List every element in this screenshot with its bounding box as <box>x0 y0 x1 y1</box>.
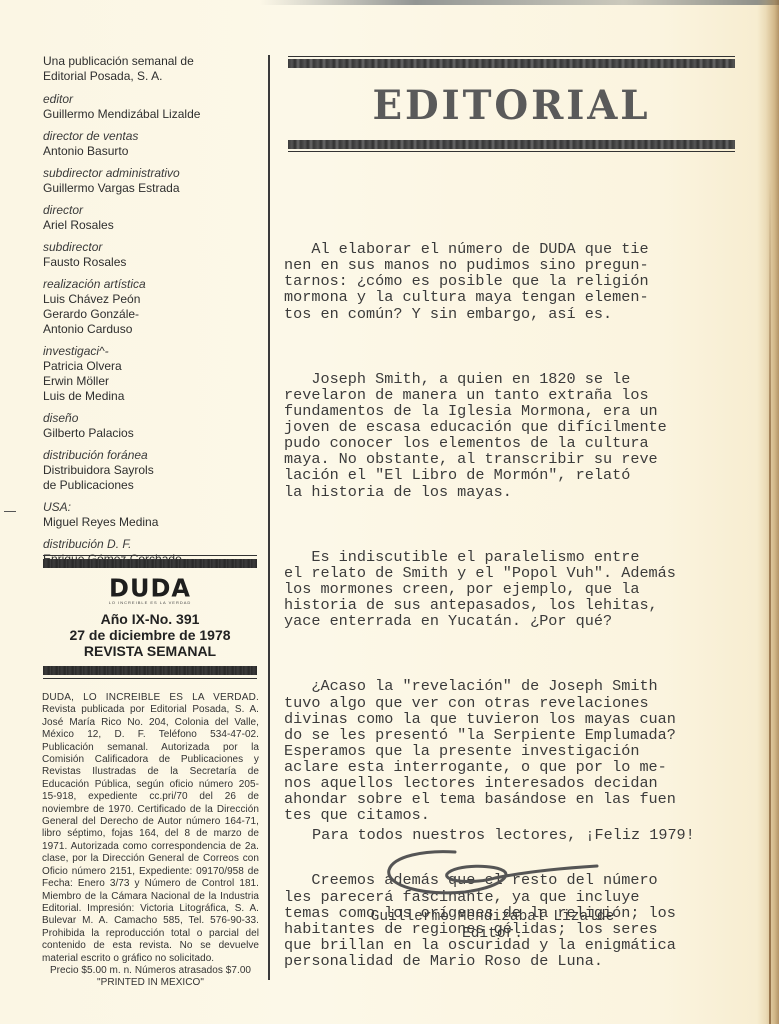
credit-role: editor <box>43 92 265 107</box>
signer-name: Guillermo Mendizábal Lizalde <box>355 909 630 926</box>
credit-role: director de ventas <box>43 129 265 144</box>
bar <box>43 666 257 675</box>
bar <box>288 140 735 149</box>
credit-entry: director de ventasAntonio Basurto <box>43 129 265 159</box>
signer: Guillermo Mendizábal Lizalde Editor. <box>355 909 630 943</box>
paragraph: Es indiscutible el paralelismo entre el … <box>284 549 724 629</box>
credit-role: distribución D. F. <box>43 537 265 552</box>
page-top-shadow <box>260 0 779 5</box>
credit-name: de Publicaciones <box>43 478 265 493</box>
issue-box: DUDA LO INCREIBLE ES LA VERDAD Año IX-No… <box>43 555 257 679</box>
legal-body: Revista publicada por Editorial Posada, … <box>42 704 259 963</box>
legal-heading: DUDA, LO INCREIBLE ES LA VERDAD. <box>42 692 259 703</box>
paragraph: Joseph Smith, a quien en 1820 se le reve… <box>284 371 724 500</box>
credit-role: distribución foránea <box>43 448 265 463</box>
credit-entry: investigaci^-Patricia OlveraErwin Möller… <box>43 344 265 404</box>
rule <box>288 151 735 152</box>
credit-name: Antonio Basurto <box>43 144 265 159</box>
credit-name: Miguel Reyes Medina <box>43 515 265 530</box>
masthead-intro: Una publicación semanal de Editorial Pos… <box>43 54 265 84</box>
intro-line: Una publicación semanal de <box>43 54 265 69</box>
editorial-header: EDITORIAL <box>288 56 735 152</box>
signer-title: Editor. <box>355 926 630 943</box>
credit-name: Gerardo Gonzále- <box>43 307 265 322</box>
bar <box>43 559 257 568</box>
credit-role: subdirector <box>43 240 265 255</box>
rule <box>288 56 735 57</box>
paragraph: Al elaborar el número de DUDA que tie ne… <box>284 241 724 321</box>
credit-name: Ariel Rosales <box>43 218 265 233</box>
credit-entry: subdirectorFausto Rosales <box>43 240 265 270</box>
credits-list: editorGuillermo Mendizábal Lizaldedirect… <box>43 92 265 567</box>
legal-notice: DUDA, LO INCREIBLE ES LA VERDAD. Revista… <box>42 692 259 990</box>
duda-logo: DUDA <box>43 573 257 602</box>
credit-name: Gilberto Palacios <box>43 426 265 441</box>
credit-entry: subdirector administrativoGuillermo Varg… <box>43 166 265 196</box>
masthead: Una publicación semanal de Editorial Pos… <box>43 54 265 574</box>
credit-role: realización artística <box>43 277 265 292</box>
credit-role: subdirector administrativo <box>43 166 265 181</box>
rule <box>43 678 257 679</box>
credit-role: investigaci^- <box>43 344 265 359</box>
credit-entry: directorAriel Rosales <box>43 203 265 233</box>
rule <box>43 555 257 556</box>
column-divider <box>268 55 270 980</box>
intro-line: Editorial Posada, S. A. <box>43 69 265 84</box>
credit-role: director <box>43 203 265 218</box>
credit-name: Guillermo Mendizábal Lizalde <box>43 107 265 122</box>
credit-entry: realización artísticaLuis Chávez PeónGer… <box>43 277 265 337</box>
credit-name: Distribuidora Sayrols <box>43 463 265 478</box>
credit-entry: editorGuillermo Mendizábal Lizalde <box>43 92 265 122</box>
bar <box>288 59 735 68</box>
credit-entry: USA:Miguel Reyes Medina <box>43 500 265 530</box>
margin-tick <box>4 511 16 512</box>
credit-role: USA: <box>43 500 265 515</box>
credit-name: Luis Chávez Peón <box>43 292 265 307</box>
paragraph: ¿Acaso la "revelación" de Joseph Smith t… <box>284 678 724 823</box>
signature-icon <box>385 848 600 898</box>
issue-date: 27 de diciembre de 1978 <box>43 627 257 643</box>
issue-number: Año IX-No. 391 <box>43 611 257 627</box>
credit-name: Erwin Möller <box>43 374 265 389</box>
closing-line: Para todos nuestros lectores, ¡Feliz 197… <box>312 826 695 844</box>
legal-printed: "PRINTED IN MEXICO" <box>42 977 259 989</box>
page-fold-line <box>769 180 771 1024</box>
credit-name: Luis de Medina <box>43 389 265 404</box>
credit-role: diseño <box>43 411 265 426</box>
legal-price: Precio $5.00 m. n. Números atrasados $7.… <box>42 965 259 977</box>
credit-entry: diseñoGilberto Palacios <box>43 411 265 441</box>
credit-name: Guillermo Vargas Estrada <box>43 181 265 196</box>
issue-type: REVISTA SEMANAL <box>43 643 257 659</box>
credit-name: Fausto Rosales <box>43 255 265 270</box>
credit-name: Patricia Olvera <box>43 359 265 374</box>
editorial-title: EDITORIAL <box>295 84 729 128</box>
credit-entry: distribución foráneaDistribuidora Sayrol… <box>43 448 265 493</box>
credit-name: Antonio Carduso <box>43 322 265 337</box>
page-right-edge <box>757 0 779 1024</box>
